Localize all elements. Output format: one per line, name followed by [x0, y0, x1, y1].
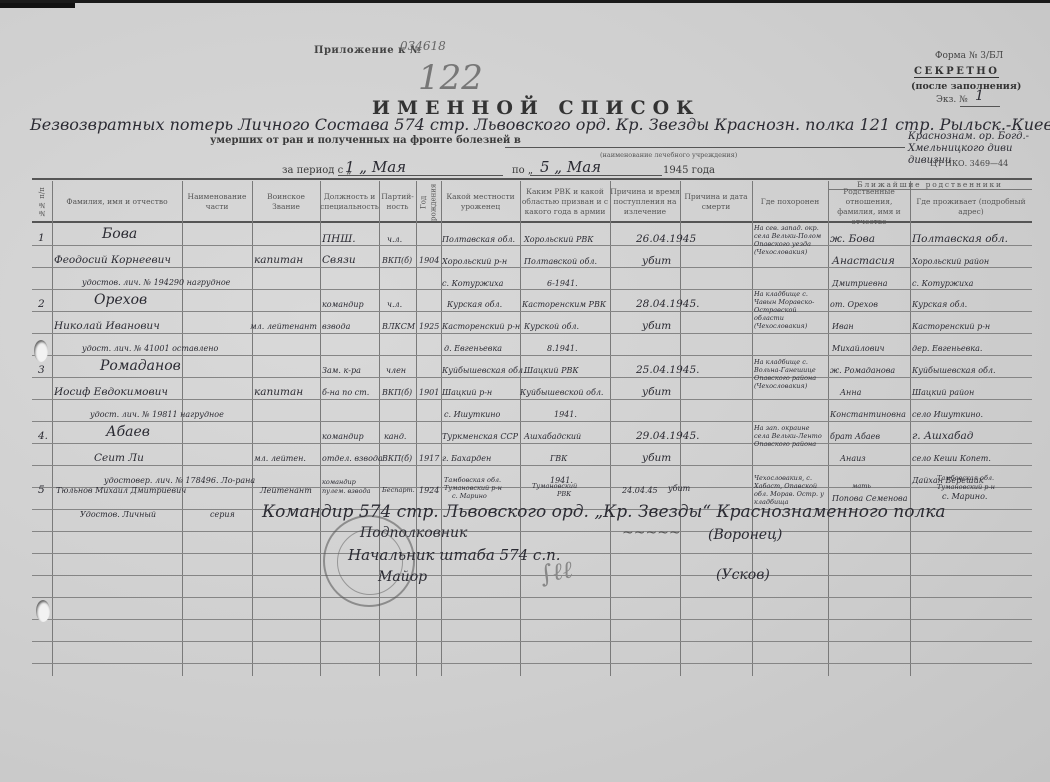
row-relative-1: ж. Ромаданова [830, 366, 895, 376]
copy-value: 1 [975, 88, 984, 104]
row-death-cause: убит [668, 484, 690, 494]
col-party: Партий-ность [379, 183, 416, 221]
row-party-2: ВЛКСМ [382, 322, 415, 332]
appendix-number: 034618 [400, 39, 446, 53]
row-origin-1: Курская обл. [447, 300, 502, 310]
row-address-2: село Кеши Копет. [912, 454, 991, 464]
col-address: Где проживает (подробный адрес) [910, 192, 1032, 222]
row-position-2: Связи [322, 254, 356, 266]
row-rvk-2: Курской обл. [524, 322, 579, 332]
row-birth-year: 1925 [419, 322, 439, 332]
row-rank: мл. лейтен. [254, 454, 306, 464]
row-party: канд. [384, 432, 406, 442]
row-burial: На зап. окраине села Вельки-Ленто Опавск… [754, 424, 826, 448]
row-relative-1: от. Орехов [830, 300, 878, 310]
row-relative-3: Дмитриевна [832, 279, 888, 289]
institution-caption: (наименование лечебного учреждения) [600, 151, 737, 159]
period-year: 1945 года [663, 165, 715, 176]
period-from: 1 „ Мая [345, 158, 406, 176]
row-relative-2: Анаиз [840, 454, 866, 464]
row-burial: На сев. запад. окр. села Вельки-Полом Оп… [754, 224, 826, 256]
row-position: ПНШ. [322, 233, 356, 245]
row-position: командир [322, 432, 364, 442]
row-position: командир [322, 478, 380, 486]
row-birth-year: 1924 [419, 486, 439, 496]
row-position-2: взвода [322, 322, 350, 332]
document-page: Приложение к № 034618 122 ИМЕННОЙ СПИСОК… [0, 0, 1050, 782]
row-rvk-2: РВК [557, 490, 571, 498]
row-rvk-2: Полтавской обл. [524, 257, 597, 267]
row-address-1: Куйбышевская обл. [912, 366, 996, 376]
col-relative: Родственные отношения, фамилия, имя и от… [828, 192, 910, 222]
row-burial: На кладбище с. Чавын Моравско-Остравской… [754, 290, 826, 330]
commander-signature: ~~~~~ [622, 525, 681, 541]
row-party-2: ВКП(б) [382, 388, 412, 398]
row-death-date: 29.04.1945. [636, 430, 699, 442]
row-rvk-1: Ашхабадский [524, 432, 581, 442]
row-relative-1: ж. Бова [830, 233, 875, 245]
row-origin-2: Шацкий р-н [442, 388, 492, 398]
col-rvk: Каким РВК и какой областью призван и с к… [520, 183, 610, 221]
row-origin-3: с. Котуржиха [442, 279, 503, 289]
form-number: Форма № 3/БЛ [935, 51, 1003, 61]
row-surname: Ромаданов [100, 360, 181, 372]
row-death-cause: убит [642, 255, 671, 267]
row-num: 1 [38, 232, 45, 244]
row-position-2: отдел. взвода [322, 454, 383, 464]
punch-hole [34, 340, 48, 362]
row-party: ч.л. [387, 300, 402, 310]
row-position-2: б-на по ст. [322, 388, 369, 398]
row-address-3: с. Котуржиха [912, 279, 973, 289]
row-series: серия [210, 510, 235, 520]
row-address-1: Полтавская обл. [912, 233, 1008, 245]
row-relative-1: мать [852, 482, 871, 490]
row-rank: Лейтенант [260, 486, 312, 496]
row-address-2: Хорольский район [912, 257, 989, 267]
row-rvk-3: 8.1941. [547, 344, 578, 354]
row-rvk-2: ГВК [550, 454, 567, 464]
row-burial: На кладбище с. Вольна-Ганешице Опавского… [754, 358, 826, 390]
row-relative-2: Анна [840, 388, 861, 398]
row-position: Зам. к-ра [322, 366, 361, 376]
row-address-1: Курская обл. [912, 300, 967, 310]
row-position: командир [322, 300, 364, 310]
casualty-table: Ближайшие родственники №№ п/п Фамилия, и… [32, 178, 1032, 678]
col-fullname: Фамилия, имя и отчество [52, 183, 182, 221]
row-origin-2: Хорольский р-н [442, 257, 507, 267]
row-position-2: пулем. взвода [322, 487, 380, 495]
row-origin-1: Туркменская ССР [442, 432, 518, 442]
col-admission: Причина и время поступления на излечение [610, 183, 680, 221]
row-num: 2 [38, 298, 45, 310]
col-origin: Какой местности уроженец [441, 183, 520, 221]
row-origin-1: Тамбовская обл. [444, 476, 520, 484]
ct-nko-code: ЦТ НКО. 3469—44 [930, 159, 1008, 168]
row-origin-3: с. Марино [452, 492, 518, 500]
row-rvk-3: 6-1941. [547, 279, 578, 289]
chief-name: (Усков) [716, 567, 770, 583]
col-rank: Воинское Звание [252, 183, 320, 221]
row-death-cause: убит [642, 386, 671, 398]
copy-label: Экз. № [936, 95, 968, 105]
row-origin-1: Полтавская обл. [442, 235, 515, 245]
col-burial: Где похоронен [752, 183, 828, 221]
row-document: удостовер. лич. № 178496. Ло-рана [104, 476, 255, 486]
row-death-date: 25.04.1945. [636, 364, 699, 376]
row-rank: мл. лейтенант [250, 322, 317, 332]
row-address-3: дер. Евгеньевка. [912, 344, 982, 354]
after-fill-note: (после заполнения) [911, 81, 1021, 92]
col-unit: Наименование части [182, 183, 252, 221]
row-relative-1: брат Абаев [830, 432, 880, 442]
row-num: 4. [38, 430, 48, 442]
row-birth-year: 1917 [419, 454, 439, 464]
row-rvk-1: Касторенским РВК [522, 300, 606, 310]
period-to: 5 „ Мая [540, 158, 601, 176]
punch-hole [36, 600, 50, 622]
col-position: Должность и специальность [320, 183, 379, 221]
row-address-1: г. Ашхабад [912, 430, 973, 442]
row-death-date: 28.04.1945. [636, 298, 699, 310]
col-death: Причина и дата смерти [680, 183, 752, 221]
scan-edge [0, 3, 75, 8]
row-party-2: ВКП(б) [382, 256, 412, 266]
copy-line [960, 106, 1000, 107]
commander-line: Командир 574 стр. Львовского орд. „Кр. З… [262, 502, 946, 522]
row-rank: капитан [254, 386, 303, 398]
row-document: удост. лич. № 41001 оставлено [82, 344, 218, 354]
chief-rank: Майор [378, 569, 427, 585]
commander-rank: Подполковник [360, 525, 467, 541]
row-address-3: село Ишуткино. [912, 410, 983, 420]
row-origin-2: Касторенский р-н [442, 322, 520, 332]
institution-line [505, 147, 905, 148]
archive-number: 122 [418, 58, 483, 98]
row-name: Иосиф Евдокимович [54, 386, 168, 398]
row-address-2: Тумановский р-н [937, 483, 995, 491]
row-rvk-1: Хорольский РВК [524, 235, 593, 245]
row-name: Феодосий Корнеевич [54, 254, 171, 266]
row-document: Удостов. Личный [80, 510, 156, 520]
row-document: удост. лич. № 19811 нагрудное [90, 410, 224, 420]
row-origin-2: г. Бахарден [442, 454, 491, 464]
row-death-date: 26.04.1945 [636, 233, 696, 245]
row-party-2: ВКП(б) [382, 454, 412, 464]
row-num: 5 [38, 484, 45, 496]
commander-name: (Воронец) [708, 527, 782, 543]
row-rvk-1: Тумановский [532, 482, 577, 490]
row-surname: Бова [102, 228, 137, 240]
row-name: Сеит Ли [94, 452, 144, 464]
row-birth-year: 1901 [419, 388, 439, 398]
row-relative-2: Иван [832, 322, 854, 332]
row-address-1: Тамбовская обл. [937, 474, 994, 482]
title-handwritten: Безвозвратных потерь Личного Состава 574… [30, 115, 1050, 134]
row-surname: Абаев [106, 426, 150, 438]
row-rvk-2: Куйбышевской обл. [520, 388, 603, 398]
row-document: удостов. лич. № 194290 нагрудное [82, 278, 230, 288]
row-death-date: 24.04.45 [622, 486, 658, 496]
row-surname: Орехов [94, 294, 147, 306]
row-origin-3: д. Евгеньевка [444, 344, 502, 354]
row-name: Тюльнов Михаил Дмитриевич [56, 486, 186, 496]
row-origin-1: Куйбышевская обл. [442, 366, 526, 376]
chief-line: Начальник штаба 574 с.п. [348, 546, 561, 564]
row-relative-3: Михайлович [832, 344, 884, 354]
row-rvk-3: 1941. [554, 410, 577, 420]
row-origin-3: с. Ишуткино [444, 410, 500, 420]
row-party: член [386, 366, 406, 376]
row-address-3: с. Марино. [942, 492, 987, 502]
subtitle: умерших от ран и полученных на фронте бо… [210, 135, 521, 146]
row-death-cause: убит [642, 452, 671, 464]
row-rank: капитан [254, 254, 303, 266]
row-party: Беспарт. [382, 486, 415, 494]
row-rvk-1: Шацкий РВК [524, 366, 579, 376]
row-origin-2: Тумановский р-н [444, 484, 520, 492]
col-num: №№ п/п [32, 183, 52, 221]
chief-signature: ∫ℓℓ [538, 555, 575, 589]
row-num: 3 [38, 364, 45, 376]
row-address-2: Шацкий район [912, 388, 974, 398]
row-address-2: Касторенский р-н [912, 322, 990, 332]
row-relative-3: Константиновна [830, 410, 906, 420]
row-birth-year: 1904 [419, 256, 439, 266]
secret-stamp: СЕКРЕТНО [914, 66, 999, 78]
row-name: Николай Иванович [54, 320, 160, 332]
row-death-cause: убит [642, 320, 671, 332]
col-birth-year: Год рождения [416, 183, 441, 221]
row-party: ч.л. [387, 235, 402, 245]
row-relative-2: Анастасия [832, 255, 895, 267]
